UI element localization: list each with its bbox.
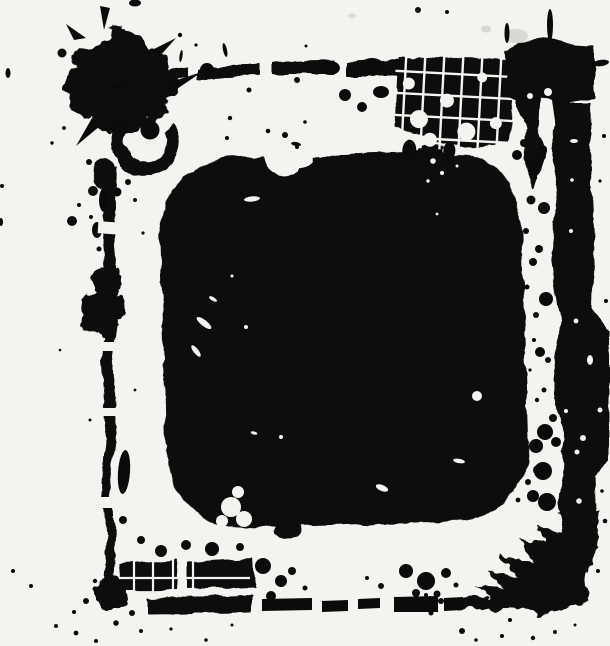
rightbar-white-4 bbox=[576, 498, 582, 504]
channel-splatter-1 bbox=[529, 439, 543, 453]
bottomline-dash-4 bbox=[394, 596, 438, 612]
speck-left-2 bbox=[134, 389, 137, 392]
rightbar-white-3 bbox=[564, 409, 568, 413]
leftline-gap-3 bbox=[99, 497, 121, 508]
speck-tl-4 bbox=[62, 126, 66, 130]
leftline-end-dot-2 bbox=[129, 610, 135, 616]
channel-splatter-10 bbox=[535, 398, 539, 402]
bottomline-cluster-10 bbox=[378, 583, 384, 589]
speck-bottom-2 bbox=[74, 631, 79, 636]
rightbar-blob-5 bbox=[537, 424, 553, 440]
square-speck-16 bbox=[436, 213, 439, 216]
rightbar-blob-13 bbox=[525, 285, 530, 290]
square-white-sliver-1 bbox=[158, 393, 166, 427]
channel-splatter-13 bbox=[542, 388, 547, 393]
rightbar-blob-4 bbox=[535, 347, 545, 357]
rightbar-white-9 bbox=[575, 450, 580, 455]
channel-splatter-4 bbox=[521, 453, 527, 459]
speck-top-4 bbox=[415, 7, 421, 13]
channel-splatter-3 bbox=[527, 490, 539, 502]
brblob-dot-9 bbox=[553, 630, 557, 634]
speck-left-3 bbox=[89, 419, 92, 422]
brblob-dot-5 bbox=[474, 638, 478, 642]
splat-drip-5 bbox=[86, 159, 92, 165]
center-square bbox=[158, 150, 531, 531]
topline-dot-3 bbox=[294, 77, 300, 83]
bottomline-cluster-13 bbox=[454, 583, 459, 588]
square-speck-12 bbox=[430, 158, 436, 164]
rightbar-white-10 bbox=[587, 355, 593, 365]
speck-right-2 bbox=[598, 179, 601, 182]
topline-tick-1 bbox=[158, 50, 161, 66]
square-speck-6 bbox=[231, 275, 234, 278]
brblob-dot-8 bbox=[508, 618, 512, 622]
splat-drip-2 bbox=[88, 186, 98, 196]
speck-right-5 bbox=[603, 519, 608, 524]
square-speck-13 bbox=[440, 171, 444, 175]
bottomline-lump-2 bbox=[186, 558, 254, 590]
grid-drip-4 bbox=[410, 175, 415, 180]
leftline-end-dot-1 bbox=[83, 598, 89, 604]
brblob-dot-4 bbox=[500, 634, 504, 638]
topline-dot-2 bbox=[247, 88, 252, 93]
rightbar-blob-1 bbox=[538, 202, 550, 214]
channel-splatter-2 bbox=[534, 462, 552, 480]
paper-smudge-2 bbox=[481, 26, 491, 33]
speck-top-5 bbox=[445, 10, 449, 14]
topband-riser-1 bbox=[547, 9, 553, 41]
square-white-bl-5 bbox=[210, 529, 219, 538]
grunge-frame-graphic bbox=[0, 0, 610, 646]
square-notch-dot-1 bbox=[282, 132, 288, 138]
speck-bottom-5 bbox=[113, 620, 119, 626]
channel-splatter-6 bbox=[516, 498, 521, 503]
curl-joint bbox=[109, 120, 127, 134]
rightbar-white-11 bbox=[598, 408, 603, 413]
bottomline-cluster-11 bbox=[434, 591, 441, 598]
topline-blob-1 bbox=[339, 89, 351, 101]
rightbar-blob-7 bbox=[538, 493, 556, 511]
rightbar-blob-15 bbox=[512, 150, 522, 160]
speck-right-4 bbox=[600, 489, 604, 493]
brblob-dot-6 bbox=[531, 636, 535, 640]
bottomline-cluster-6 bbox=[399, 564, 413, 578]
bottomline-cluster-5 bbox=[303, 586, 308, 591]
channel-splatter-7 bbox=[520, 428, 524, 432]
topline-blob-2 bbox=[357, 102, 367, 112]
bottomline-cluster-4 bbox=[288, 567, 296, 575]
square-speck-4 bbox=[244, 325, 248, 329]
speck-right-1 bbox=[602, 134, 606, 138]
bottomline-dash-5 bbox=[444, 597, 463, 611]
topband-hole-1 bbox=[544, 88, 552, 96]
speck-right-6 bbox=[596, 569, 600, 573]
speck-tl-1 bbox=[58, 49, 67, 58]
channel-splatter-14 bbox=[551, 437, 561, 447]
rightbar-blob-16 bbox=[520, 139, 528, 147]
topband-riser-2 bbox=[505, 23, 510, 43]
bottomline-cluster-9 bbox=[412, 589, 420, 597]
speck-bottom-10 bbox=[231, 624, 234, 627]
bottomline-blob-4 bbox=[236, 543, 244, 551]
leftline-gap-2 bbox=[98, 342, 122, 351]
rightbar-blob-12 bbox=[529, 258, 537, 266]
channel-splatter-11 bbox=[545, 357, 551, 363]
topline-knot-1 bbox=[200, 63, 214, 77]
grid-drip-3 bbox=[434, 165, 440, 171]
topline-dot-4 bbox=[266, 129, 271, 134]
bottomline-dash-2 bbox=[322, 600, 348, 612]
bottomline-blob-3 bbox=[205, 542, 219, 556]
rightbar-blob-8 bbox=[537, 145, 547, 155]
bottomline-cluster-3 bbox=[266, 591, 276, 601]
curl-ball bbox=[141, 121, 160, 140]
brblob-dot-1 bbox=[438, 598, 444, 604]
channel-splatter-9 bbox=[528, 368, 531, 371]
speck-bottom-3 bbox=[94, 639, 98, 643]
channel-splatter-12 bbox=[549, 414, 557, 422]
square-white-bl-4 bbox=[232, 486, 244, 498]
topline-dot-6 bbox=[225, 136, 229, 140]
leftline-gap-1 bbox=[98, 221, 123, 235]
bottomline-blob-2 bbox=[181, 540, 191, 550]
splat-drip-6 bbox=[125, 179, 131, 185]
speck-tl-6 bbox=[67, 216, 77, 226]
bottomline-cluster-2 bbox=[275, 575, 287, 587]
square-white-bl-2 bbox=[236, 511, 252, 527]
speck-bottom-4 bbox=[139, 629, 143, 633]
square-speck-15 bbox=[426, 179, 429, 182]
speck-tl-2 bbox=[6, 68, 11, 78]
leftline-end-dot-3 bbox=[93, 579, 97, 583]
speck-tl-5 bbox=[50, 141, 53, 144]
brblob-dot-10 bbox=[574, 624, 577, 627]
leftline-end-dot-4 bbox=[72, 610, 76, 614]
rightbar-blob-14 bbox=[533, 312, 539, 318]
speck-right-3 bbox=[604, 299, 608, 303]
bottomline-cluster-12 bbox=[365, 576, 369, 580]
bottomline-solid bbox=[146, 596, 252, 613]
rightbar-white-1 bbox=[569, 229, 573, 233]
square-speck-17 bbox=[456, 165, 459, 168]
square-white-bl-6 bbox=[245, 528, 255, 538]
speck-bottom-1 bbox=[54, 624, 58, 628]
speck-top-2 bbox=[194, 43, 197, 46]
bottomline-cluster-1 bbox=[255, 558, 271, 574]
topband-hole-2 bbox=[527, 93, 533, 99]
paper-smudge-3 bbox=[348, 14, 356, 19]
speck-bottom-6 bbox=[169, 627, 172, 630]
square-speck-10 bbox=[472, 391, 482, 401]
bottomline-blob-1 bbox=[155, 545, 167, 557]
speck-top-3 bbox=[305, 45, 308, 48]
brblob-dot-3 bbox=[459, 628, 465, 634]
leftline-side-dot bbox=[119, 516, 127, 524]
speck-tl-7 bbox=[77, 203, 81, 207]
leftline-end-blob bbox=[96, 576, 128, 612]
square-white-bl-3 bbox=[216, 515, 228, 527]
bottomline-blob-5 bbox=[137, 536, 145, 544]
bottomline-dash-3 bbox=[358, 598, 380, 609]
speck-left-4 bbox=[59, 349, 62, 352]
grunge-frame-svg bbox=[0, 0, 610, 646]
topline-dot-7 bbox=[303, 120, 307, 124]
rightbar-blob-10 bbox=[527, 196, 536, 205]
speck-bottom-8 bbox=[11, 569, 15, 573]
topline-blob-3 bbox=[373, 86, 389, 98]
center-square-bump-bottom bbox=[275, 521, 301, 539]
speck-bottom-7 bbox=[29, 584, 33, 588]
topline-dot-1 bbox=[228, 116, 232, 120]
rightbar-blob-11 bbox=[523, 228, 529, 234]
topline-knot-2 bbox=[320, 61, 340, 75]
speck-tl-8 bbox=[0, 184, 4, 188]
splat-drip-8 bbox=[97, 247, 102, 252]
rightbar-white-8 bbox=[580, 435, 586, 441]
rightbar-blob-3 bbox=[539, 292, 553, 306]
topline-knot-4 bbox=[242, 65, 252, 75]
rightbar-white-2 bbox=[574, 319, 579, 324]
bottomline-cluster-8 bbox=[441, 568, 451, 578]
square-speck-7 bbox=[279, 435, 283, 439]
bottomline-lump-1 bbox=[118, 560, 178, 592]
bottomline-cluster-7 bbox=[417, 572, 435, 590]
splat-drip-10 bbox=[133, 198, 137, 202]
square-white-sliver-2 bbox=[156, 254, 162, 270]
rightbar-blob-2 bbox=[535, 245, 543, 253]
leftline-top bbox=[99, 188, 109, 212]
leftline-gap-4 bbox=[100, 408, 121, 416]
channel-splatter-5 bbox=[525, 479, 531, 485]
splat-drip-9 bbox=[89, 215, 93, 219]
rightbar-white-7 bbox=[570, 139, 578, 143]
speck-left-1 bbox=[141, 231, 144, 234]
channel-splatter-8 bbox=[532, 338, 536, 342]
speck-top-1 bbox=[178, 33, 182, 37]
speck-bottom-9 bbox=[204, 638, 208, 642]
rightbar-white-6 bbox=[570, 178, 574, 182]
topline-knot-3 bbox=[360, 58, 384, 74]
